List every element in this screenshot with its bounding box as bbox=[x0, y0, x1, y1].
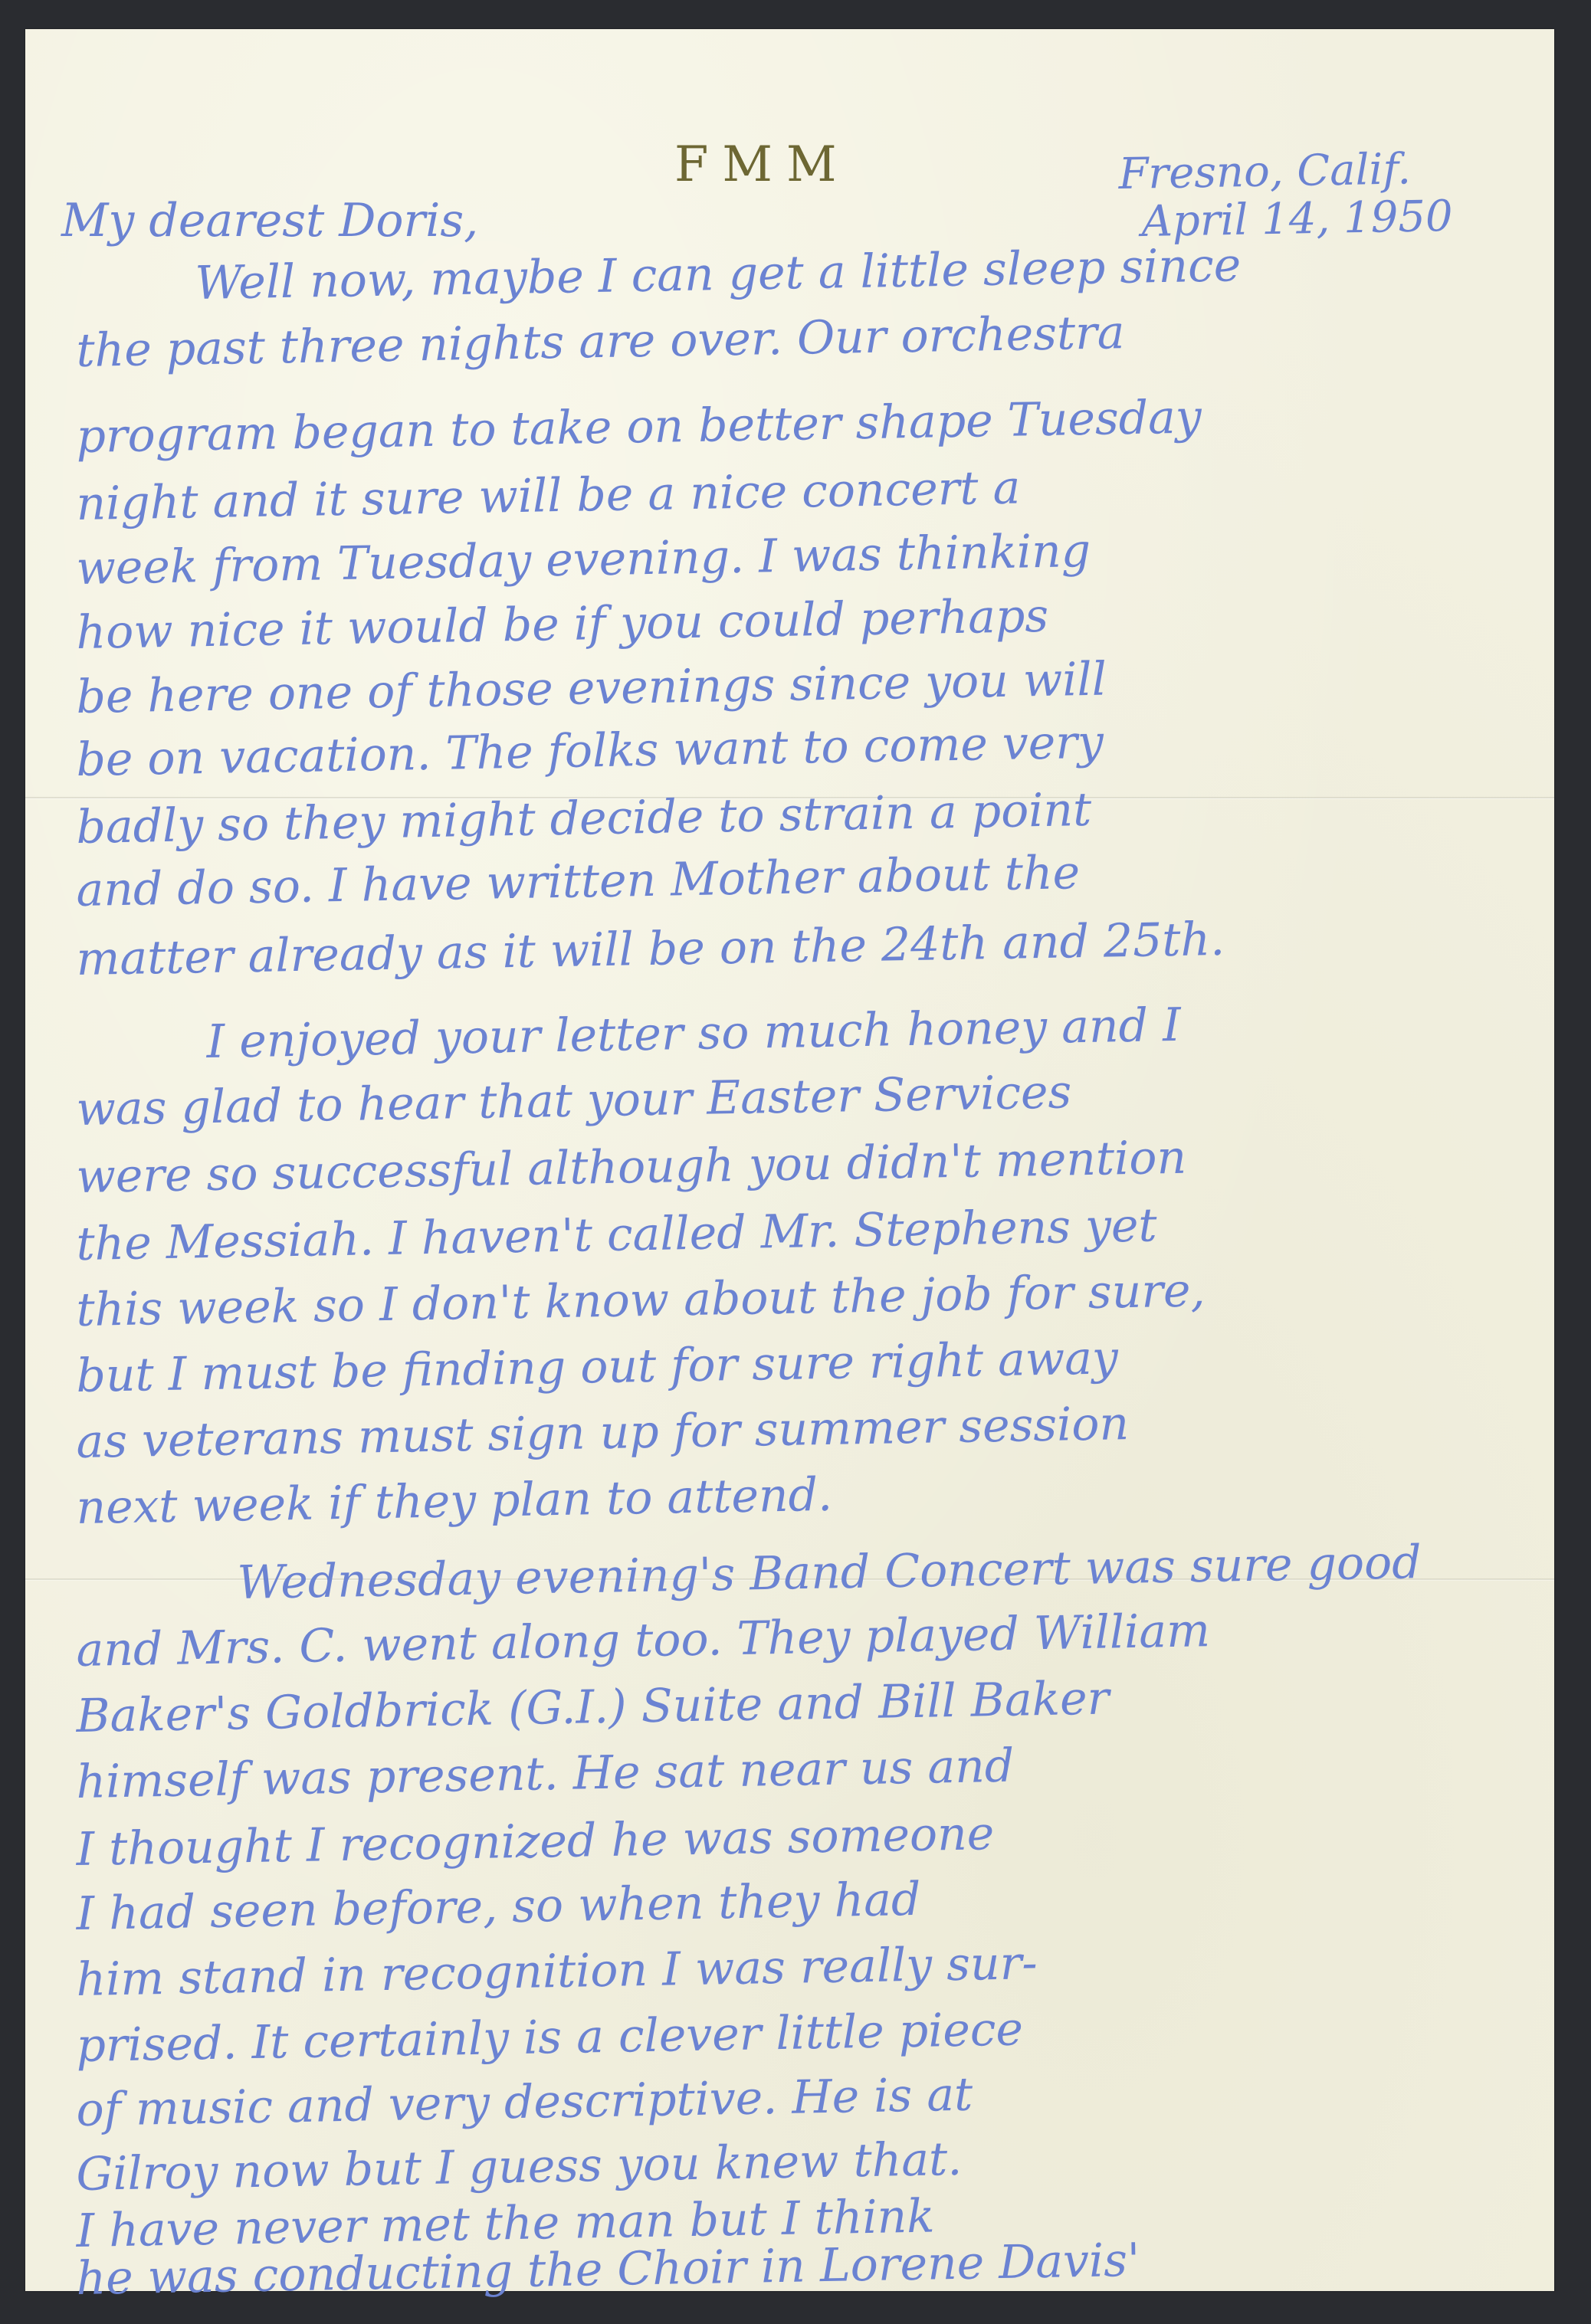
letter-salutation: My dearest Doris, bbox=[61, 198, 478, 244]
body-line: next week if they plan to attend. bbox=[76, 1472, 833, 1531]
letter-date: April 14, 1950 bbox=[1141, 195, 1453, 244]
letterhead-monogram: FMM bbox=[674, 136, 850, 193]
letter-place: Fresno, Calif. bbox=[1118, 148, 1411, 196]
body-line: I had seen before, so when they had bbox=[76, 1877, 921, 1937]
